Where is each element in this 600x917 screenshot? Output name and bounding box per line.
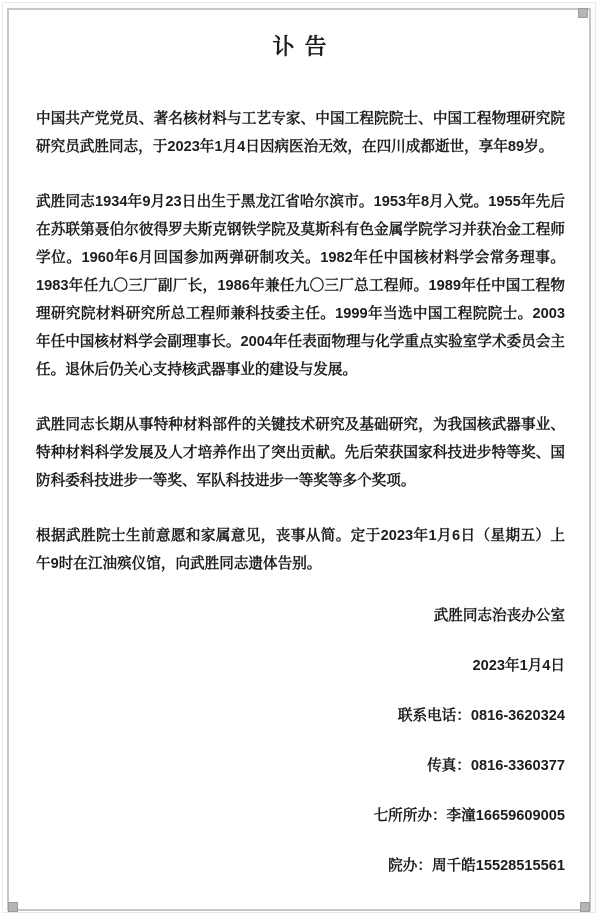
contact-seventh-institute-office-line: 七所所办：李潼16659609005	[36, 802, 565, 830]
paragraph-funeral-arrangements: 根据武胜院士生前意愿和家属意见，丧事从简。定于2023年1月6日（星期五）上午9…	[36, 522, 565, 578]
page-title: 讣 告	[36, 32, 565, 62]
paragraph-death-announcement: 中国共产党党员、著名核材料与工艺专家、中国工程院院士、中国工程物理研究院研究员武…	[36, 105, 565, 161]
contact-fax-line: 传真：0816-3360377	[36, 752, 565, 780]
resize-handle-bottom-right[interactable]	[580, 902, 590, 912]
contact-phone-line: 联系电话：0816-3620324	[36, 702, 565, 730]
obituary-notice-image: 讣 告 中国共产党党员、著名核材料与工艺专家、中国工程院院士、中国工程物理研究院…	[7, 8, 591, 911]
signature-office: 武胜同志治丧办公室	[36, 602, 565, 630]
signature-block: 武胜同志治丧办公室 2023年1月4日 联系电话：0816-3620324 传真…	[36, 602, 565, 880]
screenshot-canvas: 讣 告 中国共产党党员、著名核材料与工艺专家、中国工程院院士、中国工程物理研究院…	[0, 0, 600, 917]
signature-date: 2023年1月4日	[36, 652, 565, 680]
contact-academy-office-line: 院办：周千皓15528515561	[36, 852, 565, 880]
resize-handle-top-right[interactable]	[578, 8, 588, 18]
paragraph-biography: 武胜同志1934年9月23日出生于黑龙江省哈尔滨市。1953年8月入党。1955…	[36, 188, 565, 384]
paragraph-contributions: 武胜同志长期从事特种材料部件的关键技术研究及基础研究，为我国核武器事业、特种材料…	[36, 411, 565, 495]
resize-handle-bottom-left[interactable]	[8, 902, 18, 912]
